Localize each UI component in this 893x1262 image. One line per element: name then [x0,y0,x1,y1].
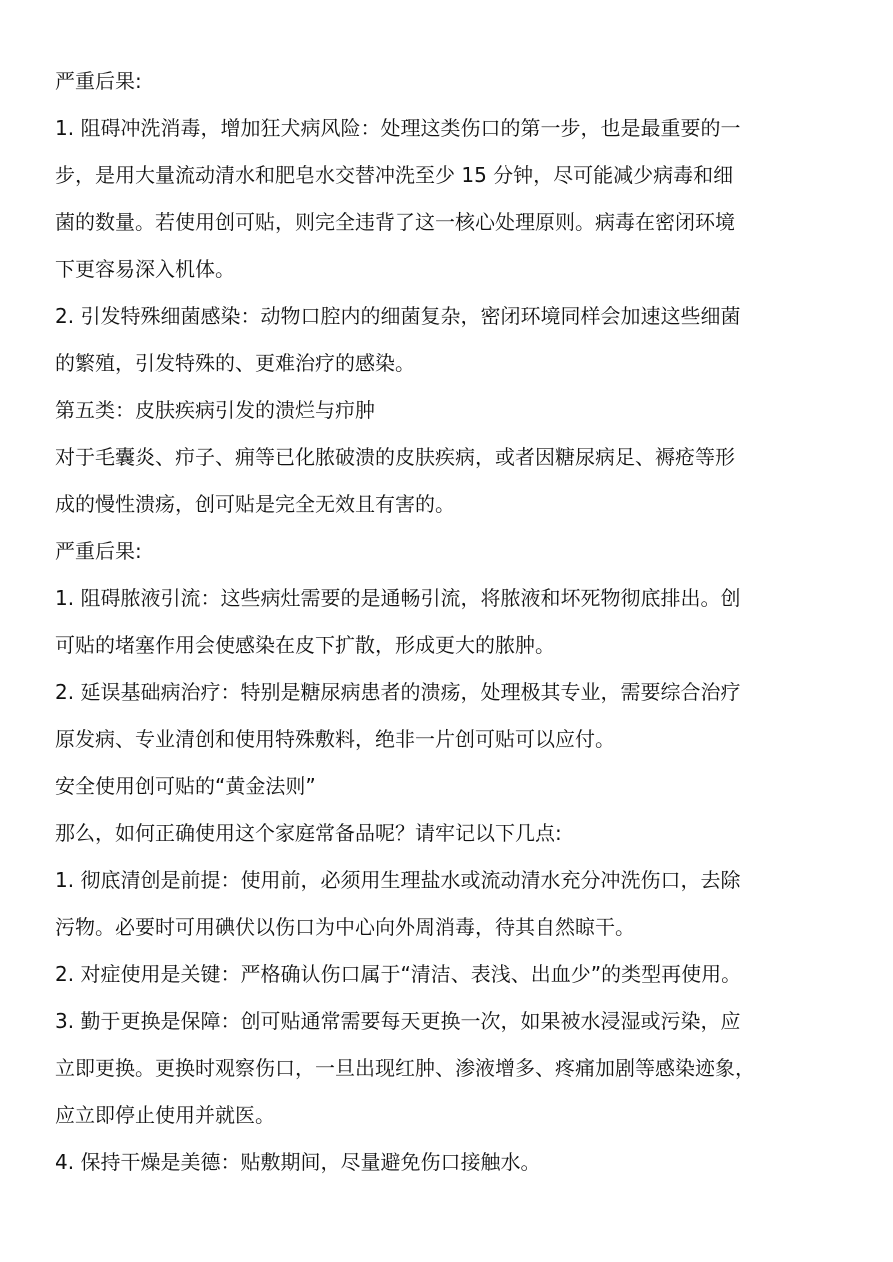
rule-item-2: 2. 对症使用是关键：严格确认伤口属于“清洁、表浅、出血少”的类型再使用。 [55,951,855,998]
text-line: 成的慢性溃疡，创可贴是完全无效且有害的。 [55,481,855,528]
text-line: 对于毛囊炎、疖子、痈等已化脓破溃的皮肤疾病，或者因糖尿病足、褥疮等形 [55,434,855,481]
text-line: 的繁殖，引发特殊的、更难治疗的感染。 [55,340,855,387]
text-line: 1. 阻碍冲洗消毒，增加狂犬病风险：处理这类伤口的第一步，也是最重要的一 [55,105,855,152]
rule-item-4: 4. 保持干燥是美德：贴敷期间，尽量避免伤口接触水。 [55,1139,855,1186]
text-line: 严重后果: [55,58,855,105]
text-line: 安全使用创可贴的“黄金法则” [55,763,855,810]
category-5-intro: 对于毛囊炎、疖子、痈等已化脓破溃的皮肤疾病，或者因糖尿病足、褥疮等形 成的慢性溃… [55,434,855,528]
text-line: 3. 勤于更换是保障：创可贴通常需要每天更换一次，如果被水浸湿或污染，应 [55,998,855,1045]
text-line: 菌的数量。若使用创可贴，则完全违背了这一核心处理原则。病毒在密闭环境 [55,199,855,246]
rule-item-3: 3. 勤于更换是保障：创可贴通常需要每天更换一次，如果被水浸湿或污染，应 立即更… [55,998,855,1139]
consequence-item-drainage: 1. 阻碍脓液引流：这些病灶需要的是通畅引流，将脓液和坏死物彻底排出。创 可贴的… [55,575,855,669]
text-line: 2. 对症使用是关键：严格确认伤口属于“清洁、表浅、出血少”的类型再使用。 [55,951,855,998]
text-line: 原发病、专业清创和使用特殊敷料，绝非一片创可贴可以应付。 [55,716,855,763]
document-page: 严重后果: 1. 阻碍冲洗消毒，增加狂犬病风险：处理这类伤口的第一步，也是最重要… [55,58,855,1186]
consequence-item-rabies: 1. 阻碍冲洗消毒，增加狂犬病风险：处理这类伤口的第一步，也是最重要的一 步，是… [55,105,855,293]
section-heading-category-5: 第五类：皮肤疾病引发的溃烂与疖肿 [55,387,855,434]
text-line: 那么，如何正确使用这个家庭常备品呢？请牢记以下几点: [55,810,855,857]
text-line: 可贴的堵塞作用会使感染在皮下扩散，形成更大的脓肿。 [55,622,855,669]
text-line: 2. 引发特殊细菌感染：动物口腔内的细菌复杂，密闭环境同样会加速这些细菌 [55,293,855,340]
text-line: 第五类：皮肤疾病引发的溃烂与疖肿 [55,387,855,434]
text-line: 污物。必要时可用碘伏以伤口为中心向外周消毒，待其自然晾干。 [55,904,855,951]
consequence-item-bacteria: 2. 引发特殊细菌感染：动物口腔内的细菌复杂，密闭环境同样会加速这些细菌 的繁殖… [55,293,855,387]
consequences-heading: 严重后果: [55,58,855,105]
text-line: 应立即停止使用并就医。 [55,1092,855,1139]
section-heading-golden-rules: 安全使用创可贴的“黄金法则” [55,763,855,810]
golden-rules-intro: 那么，如何正确使用这个家庭常备品呢？请牢记以下几点: [55,810,855,857]
text-line: 步，是用大量流动清水和肥皂水交替冲洗至少 15 分钟，尽可能减少病毒和细 [55,152,855,199]
text-line: 严重后果: [55,528,855,575]
rule-item-1: 1. 彻底清创是前提：使用前，必须用生理盐水或流动清水充分冲洗伤口，去除 污物。… [55,857,855,951]
consequences-heading: 严重后果: [55,528,855,575]
text-line: 下更容易深入机体。 [55,246,855,293]
text-line: 1. 彻底清创是前提：使用前，必须用生理盐水或流动清水充分冲洗伤口，去除 [55,857,855,904]
text-line: 1. 阻碍脓液引流：这些病灶需要的是通畅引流，将脓液和坏死物彻底排出。创 [55,575,855,622]
text-line: 4. 保持干燥是美德：贴敷期间，尽量避免伤口接触水。 [55,1139,855,1186]
text-line: 2. 延误基础病治疗：特别是糖尿病患者的溃疡，处理极其专业，需要综合治疗 [55,669,855,716]
text-line: 立即更换。更换时观察伤口，一旦出现红肿、渗液增多、疼痛加剧等感染迹象， [55,1045,855,1092]
consequence-item-underlying-disease: 2. 延误基础病治疗：特别是糖尿病患者的溃疡，处理极其专业，需要综合治疗 原发病… [55,669,855,763]
